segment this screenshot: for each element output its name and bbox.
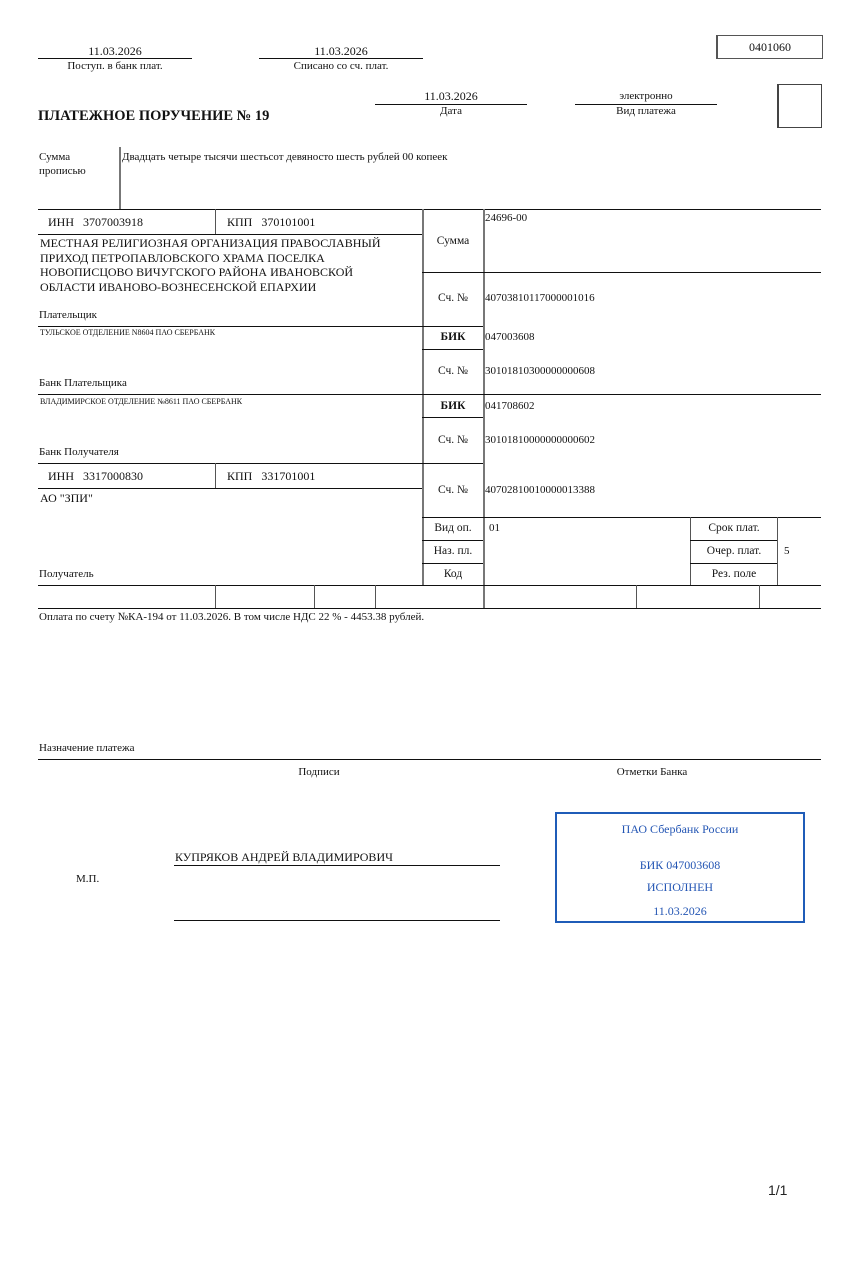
seal-label: М.П. bbox=[76, 873, 99, 885]
stamp-status: ИСПОЛНЕН bbox=[557, 880, 803, 895]
payee-bik: 041708602 bbox=[485, 400, 535, 412]
divider bbox=[375, 585, 376, 608]
received-date: 11.03.2026 bbox=[38, 44, 192, 59]
payer-bank-account: 30101810300000000608 bbox=[485, 365, 595, 377]
stamp-date: 11.03.2026 bbox=[557, 904, 803, 919]
divider bbox=[422, 417, 483, 418]
due-date-label: Срок плат. bbox=[691, 522, 777, 534]
code-label: Код bbox=[423, 568, 483, 580]
payee-name: АО "ЗПИ" bbox=[40, 491, 93, 506]
divider bbox=[422, 563, 483, 564]
amount-words-value: Двадцать четыре тысячи шестьсот девяност… bbox=[122, 151, 447, 163]
divider bbox=[422, 349, 483, 350]
debited-label: Списано со сч. плат. bbox=[259, 60, 423, 72]
divider bbox=[38, 608, 821, 609]
divider bbox=[759, 585, 760, 608]
payer-inn: ИНН 3707003918 bbox=[48, 215, 143, 230]
payee-bank-name: ВЛАДИМИРСКОЕ ОТДЕЛЕНИЕ №8611 ПАО СБЕРБАН… bbox=[40, 397, 242, 406]
divider bbox=[777, 517, 778, 585]
payee-bank-label: Банк Получателя bbox=[39, 446, 119, 458]
payer-kpp: КПП 370101001 bbox=[227, 215, 315, 230]
payment-type: электронно bbox=[575, 90, 717, 102]
document-date: 11.03.2026 bbox=[375, 89, 527, 104]
divider bbox=[38, 58, 192, 59]
payer-bik-label: БИК bbox=[423, 331, 483, 343]
payee-kpp: КПП 331701001 bbox=[227, 469, 315, 484]
amount-words-label: Сумма прописью bbox=[39, 150, 109, 178]
op-type-value: 01 bbox=[489, 522, 500, 534]
divider bbox=[690, 540, 777, 541]
divider bbox=[38, 326, 483, 327]
divider bbox=[314, 585, 315, 608]
divider bbox=[422, 272, 821, 273]
divider bbox=[38, 488, 422, 489]
payer-account: 40703810117000001016 bbox=[485, 292, 595, 304]
payee-account: 40702810010000013388 bbox=[485, 484, 595, 496]
divider bbox=[636, 585, 637, 608]
payment-type-label: Вид платежа bbox=[575, 105, 717, 117]
stamp-bik: БИК 047003608 bbox=[557, 858, 803, 873]
stamp-bank-name: ПАО Сбербанк России bbox=[557, 822, 803, 837]
signature-line bbox=[174, 865, 500, 866]
payee-label: Получатель bbox=[39, 568, 94, 580]
debited-date: 11.03.2026 bbox=[259, 44, 423, 59]
divider bbox=[38, 759, 821, 760]
payer-label: Плательщик bbox=[39, 309, 97, 321]
payer-account-label: Сч. № bbox=[423, 292, 483, 304]
op-type-label: Вид оп. bbox=[423, 522, 483, 534]
divider bbox=[422, 540, 483, 541]
divider bbox=[119, 147, 121, 209]
page-number: 1/1 bbox=[768, 1182, 787, 1198]
reserve-field-label: Рез. поле bbox=[691, 568, 777, 580]
divider bbox=[215, 209, 216, 234]
bank-stamp: ПАО Сбербанк России БИК 047003608 ИСПОЛН… bbox=[555, 812, 805, 923]
payer-bank-account-label: Сч. № bbox=[423, 365, 483, 377]
payer-name: МЕСТНАЯ РЕЛИГИОЗНАЯ ОРГАНИЗАЦИЯ ПРАВОСЛА… bbox=[40, 236, 410, 294]
payee-account-label: Сч. № bbox=[423, 484, 483, 496]
divider bbox=[215, 585, 216, 608]
amount-value: 24696-00 bbox=[485, 212, 527, 224]
divider bbox=[690, 563, 777, 564]
payee-bik-label: БИК bbox=[423, 400, 483, 412]
payee-bank-account: 30101810000000000602 bbox=[485, 434, 595, 446]
divider bbox=[38, 234, 422, 235]
document-date-label: Дата bbox=[375, 105, 527, 117]
payee-bank-account-label: Сч. № bbox=[423, 434, 483, 446]
payer-bank-label: Банк Плательщика bbox=[39, 377, 127, 389]
form-code-box: 0401060 bbox=[716, 35, 823, 59]
priority-label: Очер. плат. bbox=[691, 545, 777, 557]
priority-value: 5 bbox=[784, 545, 790, 557]
payee-inn: ИНН 3317000830 bbox=[48, 469, 143, 484]
page-title: ПЛАТЕЖНОЕ ПОРУЧЕНИЕ № 19 bbox=[38, 108, 269, 125]
received-label: Поступ. в банк плат. bbox=[38, 60, 192, 72]
status-box bbox=[777, 84, 822, 128]
divider bbox=[38, 463, 483, 464]
divider bbox=[422, 517, 821, 518]
payer-bank-name: ТУЛЬСКОЕ ОТДЕЛЕНИЕ N8604 ПАО СБЕРБАНК bbox=[40, 328, 215, 337]
signature-line bbox=[174, 920, 500, 921]
amount-label: Сумма bbox=[423, 235, 483, 247]
purpose-label: Назначение платежа bbox=[39, 742, 134, 754]
payer-bik: 047003608 bbox=[485, 331, 535, 343]
bank-marks-label: Отметки Банка bbox=[552, 766, 752, 778]
divider bbox=[38, 585, 821, 586]
purpose-code-label: Наз. пл. bbox=[423, 545, 483, 557]
purpose-text: Оплата по счету №КА-194 от 11.03.2026. В… bbox=[39, 611, 424, 623]
divider bbox=[215, 463, 216, 488]
signer-name: КУПРЯКОВ АНДРЕЙ ВЛАДИМИРОВИЧ bbox=[175, 850, 393, 865]
divider bbox=[38, 209, 821, 210]
divider bbox=[259, 58, 423, 59]
signatures-label: Подписи bbox=[219, 766, 419, 778]
divider bbox=[38, 394, 821, 395]
